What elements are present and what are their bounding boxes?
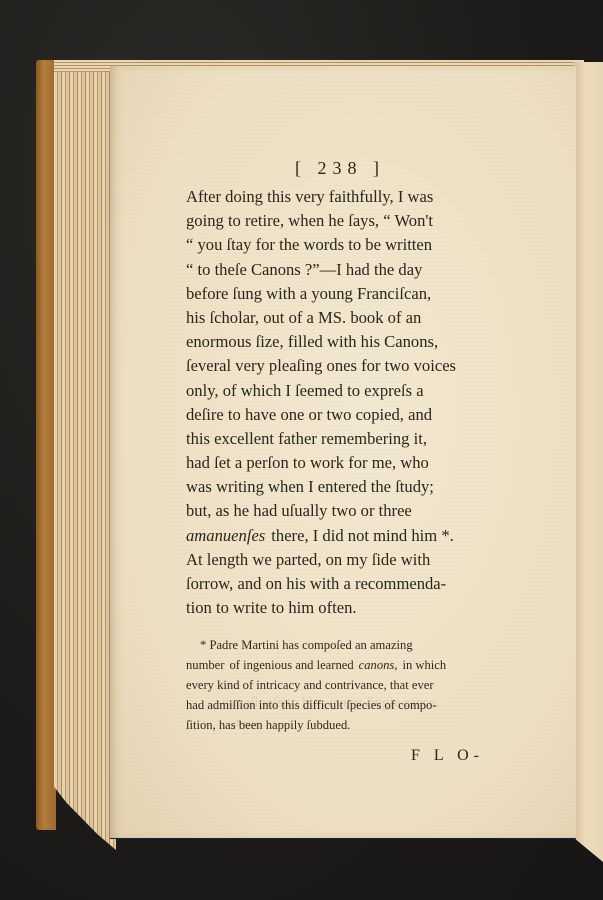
line-text: this excellent father remembering it, <box>186 427 427 451</box>
text-line: enormous ſize, filled with his Canons, <box>186 330 486 354</box>
text-line: ſorrow, and on his with a recommenda- <box>186 572 486 596</box>
footnote-text: * Padre Martini has compoſed an amazing <box>200 636 413 656</box>
footnote-line: every kind of intricacy and contrivance,… <box>186 676 486 696</box>
footnote-line: ſition, has been happily ſubdued. <box>186 716 486 736</box>
footnote-line: number of ingenious and learned canons, … <box>186 656 486 676</box>
line-text: his ſcholar, out of a MS. book of an <box>186 306 421 330</box>
book-page: uneaſineſs to him every ſingle piece. Am… <box>110 66 576 839</box>
text-line: At length we parted, on my ſide with <box>186 548 486 572</box>
text-line: amanuenſes there, I did not mind him *. <box>186 524 486 548</box>
line-text: tion to write to him often. <box>186 596 357 620</box>
page-content: [ 238 ] After doing this very faithfully… <box>186 158 486 765</box>
text-line: tion to write to him often. <box>186 596 486 620</box>
text-line: “ to theſe Canons ?”—I had the day <box>186 258 486 282</box>
text-line: was writing when I entered the ſtudy; <box>186 475 486 499</box>
text-line: deſire to have one or two copied, and <box>186 403 486 427</box>
footnote: * Padre Martini has compoſed an amazing … <box>186 636 486 735</box>
text-line: but, as he had uſually two or three <box>186 499 486 523</box>
line-text: ſeveral very pleaſing ones for two voice… <box>186 354 456 378</box>
italic-word-amanuenses: amanuenſes <box>186 524 265 548</box>
text-line: After doing this very faithfully, I was <box>186 185 486 209</box>
page-stack-edges <box>54 60 116 850</box>
line-text: ſorrow, and on his with a recommenda- <box>186 572 446 596</box>
line-text: was writing when I entered the ſtudy; <box>186 475 434 499</box>
line-text: only, of which I ſeemed to expreſs a <box>186 379 424 403</box>
text-line: “ you ſtay for the words to be written <box>186 233 486 257</box>
facing-page-edge <box>574 62 603 862</box>
footnote-text: had admiſſion into this difficult ſpecie… <box>186 696 437 716</box>
footnote-text: every kind of intricacy and contrivance,… <box>186 676 434 696</box>
text-line: ſeveral very pleaſing ones for two voice… <box>186 354 486 378</box>
page-number: [ 238 ] <box>186 158 486 179</box>
line-text: “ to theſe Canons ?”—I had the day <box>186 258 422 282</box>
text-line: going to retire, when he ſays, “ Won't <box>186 209 486 233</box>
line-text: but, as he had uſually two or three <box>186 499 412 523</box>
text-line: before ſung with a young Franciſcan, <box>186 282 486 306</box>
line-text: At length we parted, on my ſide with <box>186 548 430 572</box>
line-text: “ you ſtay for the words to be written <box>186 233 432 257</box>
body-paragraph: After doing this very faithfully, I was … <box>186 185 486 620</box>
line-text: deſire to have one or two copied, and <box>186 403 432 427</box>
footnote-text: ſition, has been happily ſubdued. <box>186 716 350 736</box>
text-line: had ſet a perſon to work for me, who <box>186 451 486 475</box>
text-line: only, of which I ſeemed to expreſs a <box>186 379 486 403</box>
footnote-line: * Padre Martini has compoſed an amazing <box>186 636 486 656</box>
line-text: had ſet a perſon to work for me, who <box>186 451 429 475</box>
line-text: enormous ſize, filled with his Canons, <box>186 330 438 354</box>
line-text: After doing this very faithfully, I was <box>186 185 433 209</box>
line-text: there, I did not mind him *. <box>271 524 454 548</box>
book-cover-edge <box>36 60 56 830</box>
text-line: this excellent father remembering it, <box>186 427 486 451</box>
footnote-text: of ingenious and learned <box>229 656 353 676</box>
footnote-line: had admiſſion into this difficult ſpecie… <box>186 696 486 716</box>
footnote-text: in which <box>402 656 446 676</box>
text-line: his ſcholar, out of a MS. book of an <box>186 306 486 330</box>
catchword: F L O- <box>186 747 486 765</box>
footnote-text: number <box>186 656 224 676</box>
italic-word-canons: canons, <box>359 656 398 676</box>
line-text: going to retire, when he ſays, “ Won't <box>186 209 433 233</box>
line-text: before ſung with a young Franciſcan, <box>186 282 431 306</box>
